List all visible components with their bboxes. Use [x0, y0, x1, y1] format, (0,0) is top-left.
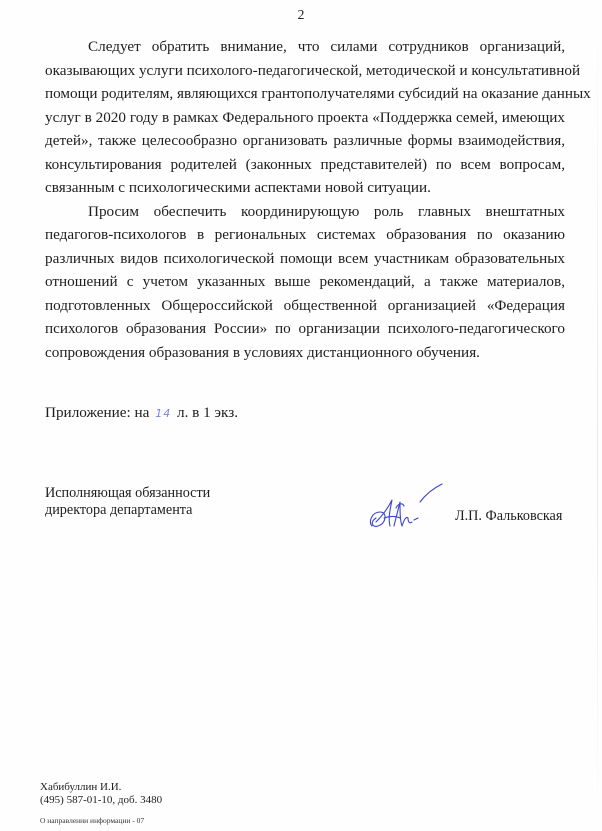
- text-line: Просим обеспечить координирующую роль гл…: [45, 200, 565, 224]
- executor-name: Хабибуллин И.И.: [40, 781, 162, 794]
- signer-title-line: Исполняющая обязанности: [45, 485, 210, 502]
- text-line: сопровождения образования в условиях дис…: [45, 341, 565, 365]
- text-line: детей», также целесообразно организовать…: [45, 129, 565, 153]
- text-line: помощи родителям, являющихся грантополуч…: [45, 82, 565, 106]
- paragraph-2: Просим обеспечить координирующую роль гл…: [45, 200, 565, 365]
- document-page: 2 Следует обратить внимание, что силами …: [0, 0, 602, 831]
- text-line: психологов образования России» по органи…: [45, 317, 565, 341]
- executor-phone: (495) 587-01-10, доб. 3480: [40, 794, 162, 807]
- signer-name: Л.П. Фальковская: [455, 508, 562, 525]
- scan-edge-artifact: [597, 0, 598, 831]
- text-line: оказывающих услуги психолого-педагогичес…: [45, 59, 565, 83]
- text-line: консультирования родителей (законных пре…: [45, 153, 565, 177]
- text-line: различных видов психологической помощи в…: [45, 247, 565, 271]
- attachment-prefix: Приложение: на: [45, 404, 149, 421]
- attachment-suffix: л. в 1 экз.: [177, 404, 238, 421]
- signature-icon: [366, 482, 446, 532]
- page-number: 2: [0, 7, 602, 23]
- attachment-note: Приложение: на 14 л. в 1 экз.: [45, 404, 238, 422]
- document-footer-note: О направлении информации - 07: [40, 816, 144, 825]
- handwritten-page-count: 14: [153, 407, 173, 420]
- signer-title-line: директора департамента: [45, 502, 210, 519]
- text-line: подготовленных Общероссийской общественн…: [45, 294, 565, 318]
- text-line: педагогов-психологов в региональных сист…: [45, 223, 565, 247]
- executor-info: Хабибуллин И.И. (495) 587-01-10, доб. 34…: [40, 781, 162, 806]
- signer-title: Исполняющая обязанности директора департ…: [45, 485, 210, 519]
- text-line: услуг в 2020 году в рамках Федерального …: [45, 106, 565, 130]
- text-line: связанным с психологическими аспектами н…: [45, 176, 565, 200]
- document-body: Следует обратить внимание, что силами со…: [45, 35, 565, 364]
- text-line: Следует обратить внимание, что силами со…: [45, 35, 565, 59]
- paragraph-1: Следует обратить внимание, что силами со…: [45, 35, 565, 200]
- text-line: отношений с учетом указанных выше рекоме…: [45, 270, 565, 294]
